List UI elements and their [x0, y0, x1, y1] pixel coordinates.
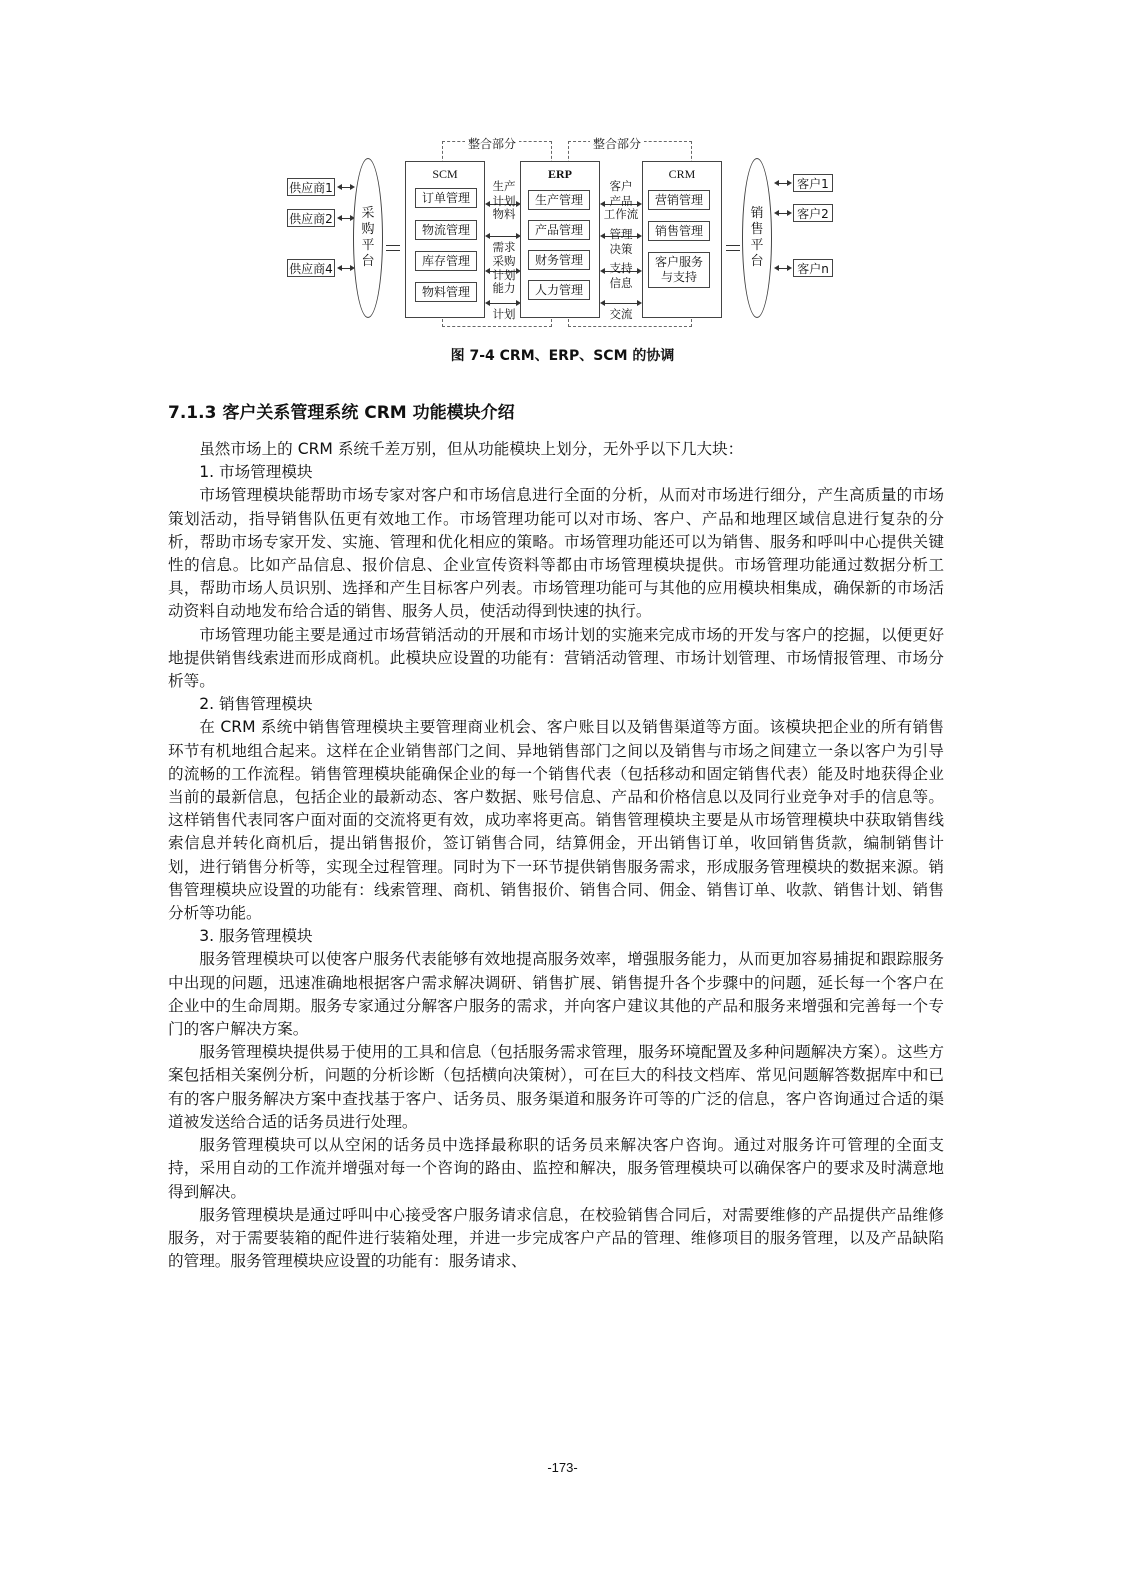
flow-arrow	[488, 236, 518, 237]
supplier-4: 供应商4	[287, 259, 335, 277]
paragraph: 服务管理模块可以使客户服务代表能够有效地提高服务效率，增强服务能力，从而更加容易…	[168, 948, 944, 1041]
erp-module: 人力管理	[528, 280, 590, 300]
erp-module: 财务管理	[528, 250, 590, 270]
sales-platform: 销售平台	[742, 158, 772, 318]
flow-label: 能力	[490, 282, 518, 295]
flow-label: 物料	[490, 208, 518, 221]
supplier-1-arrow	[340, 187, 352, 188]
supplier-4-arrow	[340, 268, 352, 269]
flow-label: 交流	[603, 308, 639, 321]
flow-label: 工作流	[603, 208, 639, 221]
customer-1-arrow	[777, 183, 789, 184]
flow-label: 信息	[603, 277, 639, 290]
erp-title: ERP	[521, 167, 599, 182]
flow-label: 生产	[490, 180, 518, 193]
crm-title: CRM	[643, 167, 721, 182]
purchase-platform: 采购平台	[353, 158, 383, 318]
integration-label-2: 整合部分	[590, 135, 644, 152]
flow-label: 管理	[603, 228, 639, 241]
flow-label: 需求	[490, 241, 518, 254]
scm-title: SCM	[406, 167, 484, 182]
scm-module: 物料管理	[415, 282, 477, 302]
flow-arrow	[488, 303, 518, 304]
supplier-2-arrow	[340, 218, 352, 219]
integration-label-1: 整合部分	[465, 135, 519, 152]
body-text: 虽然市场上的 CRM 系统千差万别，但从功能模块上划分，无外乎以下几大块： 1.…	[168, 438, 944, 1273]
customer-1: 客户1	[793, 174, 833, 192]
customer-n: 客户n	[793, 259, 833, 277]
paragraph: 在 CRM 系统中销售管理模块主要管理商业机会、客户账目以及销售渠道等方面。该模…	[168, 716, 944, 925]
paragraph: 虽然市场上的 CRM 系统千差万别，但从功能模块上划分，无外乎以下几大块：	[168, 438, 944, 461]
paragraph: 服务管理模块是通过呼叫中心接受客户服务请求信息，在校验销售合同后，对需要维修的产…	[168, 1204, 944, 1274]
subsection-heading: 3. 服务管理模块	[168, 925, 944, 948]
crm-module: 销售管理	[648, 221, 710, 241]
customer-2: 客户2	[793, 204, 833, 222]
customer-n-arrow	[777, 268, 789, 269]
flow-arrow	[603, 303, 639, 304]
scm-module: 库存管理	[415, 251, 477, 271]
double-arrow-icon	[726, 245, 740, 251]
scm-module: 物流管理	[415, 220, 477, 240]
section-title: 7.1.3 客户关系管理系统 CRM 功能模块介绍	[168, 398, 515, 423]
flow-label: 计划	[490, 308, 518, 321]
crm-module: 客户服务与支持	[648, 252, 710, 288]
paragraph: 服务管理模块提供易于使用的工具和信息（包括服务需求管理，服务环境配置及多种问题解…	[168, 1041, 944, 1134]
figure-caption: 图 7-4 CRM、ERP、SCM 的协调	[0, 345, 1125, 365]
flow-label: 支持	[603, 262, 639, 275]
flow-label: 决策	[603, 243, 639, 256]
double-arrow-icon	[386, 245, 400, 251]
crm-erp-scm-diagram: 整合部分 整合部分 供应商1 供应商2 供应商4 采购平台 SCM 订单管理 物…	[285, 138, 855, 328]
crm-module: 营销管理	[648, 190, 710, 210]
subsection-heading: 2. 销售管理模块	[168, 693, 944, 716]
supplier-2: 供应商2	[287, 209, 335, 227]
flow-label: 采购	[490, 255, 518, 268]
page-number: -173-	[0, 1460, 1125, 1475]
paragraph: 服务管理模块可以从空闲的话务员中选择最称职的话务员来解决客户咨询。通过对服务许可…	[168, 1134, 944, 1204]
scm-module: 订单管理	[415, 188, 477, 208]
subsection-heading: 1. 市场管理模块	[168, 461, 944, 484]
paragraph: 市场管理功能主要是通过市场营销活动的开展和市场计划的实施来完成市场的开发与客户的…	[168, 624, 944, 694]
erp-module: 生产管理	[528, 190, 590, 210]
paragraph: 市场管理模块能帮助市场专家对客户和市场信息进行全面的分析，从而对市场进行细分，产…	[168, 484, 944, 623]
customer-2-arrow	[777, 213, 789, 214]
flow-label: 客户	[603, 180, 639, 193]
erp-module: 产品管理	[528, 220, 590, 240]
supplier-1: 供应商1	[287, 178, 335, 196]
